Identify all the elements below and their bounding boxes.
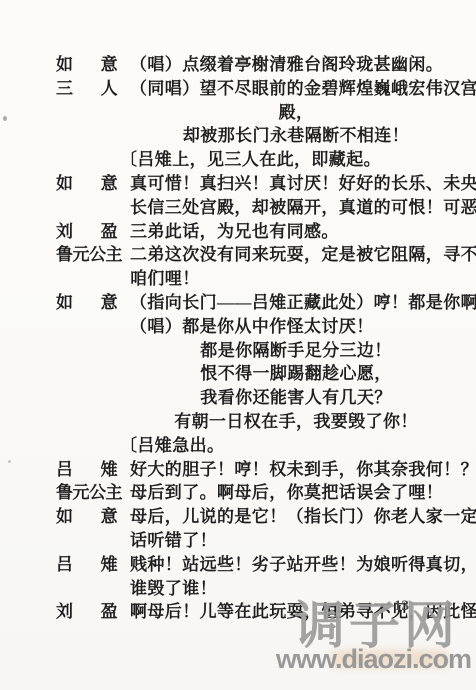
speaker-name: 如意	[56, 50, 130, 75]
speaker-name-char: 刘	[56, 217, 73, 242]
speaker-name-char: 意	[101, 502, 118, 527]
speaker-name-char: 三	[56, 74, 73, 99]
dialogue-text: 我看你还能害人有几天？	[130, 383, 476, 408]
dialogue-text: （同唱）望不尽眼前的金碧辉煌巍峨宏伟汉宫	[130, 74, 476, 99]
dialogue-text: 有朝一日权在手，我要毁了你！	[130, 407, 476, 432]
dialogue-text: 二弟这次没有同来玩耍，定是被它阻隔，寻不着	[130, 240, 476, 265]
speaker-name-char: 吕	[56, 550, 73, 575]
script-lines: 如意（唱）点缀着亭榭清雅台阁玲珑甚幽闲。三人（同唱）望不尽眼前的金碧辉煌巍峨宏伟…	[0, 50, 476, 621]
speaker-name: 如意	[56, 169, 130, 194]
speaker-name: 三人	[56, 74, 130, 99]
script-line: 有朝一日权在手，我要毁了你！	[0, 407, 476, 431]
script-line: 我看你还能害人有几天？	[0, 383, 476, 407]
speaker-name-char: 意	[101, 169, 118, 194]
speaker-name-char: 人	[101, 74, 118, 99]
dialogue-text: 真可惜！真扫兴！真讨厌！好好的长乐、未央、	[130, 169, 476, 194]
script-line: 吕雉贱种！站远些！劣子站开些！为娘听得真切，看	[0, 550, 476, 574]
speaker-name-char: 意	[101, 288, 118, 313]
script-line: 〔吕雉急出。	[0, 431, 476, 455]
scan-speck	[3, 116, 7, 121]
speaker-name: 鲁元公主	[56, 478, 130, 503]
speaker-name-char: 如	[56, 50, 73, 75]
script-line: 刘盈三弟此话，为兄也有同感。	[0, 217, 476, 241]
speaker-name: 刘盈	[56, 597, 130, 622]
dialogue-text: 咱们哩！	[130, 264, 200, 289]
speaker-name-char: 雉	[101, 455, 118, 480]
script-line: 吕雉好大的胆子！哼！权未到手，你其奈我何！？	[0, 455, 476, 479]
script-line: 如意母后，儿说的是它！（指长门）你老人家一定把	[0, 502, 476, 526]
script-line: 如意（唱）点缀着亭榭清雅台阁玲珑甚幽闲。	[0, 50, 476, 74]
speaker-name-char: 如	[56, 502, 73, 527]
speaker-name: 吕雉	[56, 550, 130, 575]
dialogue-text: 贱种！站远些！劣子站开些！为娘听得真切，看	[130, 550, 476, 575]
speaker-name-char: 刘	[56, 597, 73, 622]
dialogue-text: （唱）都是你从中作怪太讨厌！	[130, 312, 374, 337]
speaker-name: 刘盈	[56, 217, 130, 242]
dialogue-text: 都是你隔断手足分三边！	[130, 336, 476, 361]
speaker-name-char: 盈	[101, 597, 118, 622]
speaker-name-char: 雉	[101, 550, 118, 575]
speaker-name-char: 如	[56, 288, 73, 313]
script-line: 恨不得一脚踢翻趁心愿，	[0, 359, 476, 383]
script-line: 都是你隔断手足分三边！	[0, 336, 476, 360]
script-line: 长信三处宫殿，却被隔开，真道的可恨！可恶！	[0, 193, 476, 217]
scan-speck	[8, 460, 11, 463]
speaker-name-char: 意	[101, 50, 118, 75]
script-line: 如意真可惜！真扫兴！真讨厌！好好的长乐、未央、	[0, 169, 476, 193]
dialogue-text: 谁毁了谁！	[130, 574, 217, 599]
dialogue-text: （指向长门——吕雉正藏此处）哼！都是你啊！	[130, 288, 476, 313]
dialogue-text: 话听错了！	[130, 526, 217, 551]
speaker-name-char: 吕	[56, 455, 73, 480]
speaker-name: 吕雉	[56, 455, 130, 480]
speaker-name: 如意	[56, 502, 130, 527]
script-line: 如意（指向长门——吕雉正藏此处）哼！都是你啊！	[0, 288, 476, 312]
watermark-site-url: www.diaozi.com	[276, 644, 471, 675]
speaker-name-char: 如	[56, 169, 73, 194]
dialogue-text: 却被那长门永巷隔断不相连！	[130, 121, 476, 146]
script-line: 话听错了！	[0, 526, 476, 550]
script-line: 鲁元公主二弟这次没有同来玩耍，定是被它阻隔，寻不着	[0, 240, 476, 264]
dialogue-text: 母后，儿说的是它！（指长门）你老人家一定把	[130, 502, 476, 527]
script-page: 如意（唱）点缀着亭榭清雅台阁玲珑甚幽闲。三人（同唱）望不尽眼前的金碧辉煌巍峨宏伟…	[0, 0, 476, 690]
speaker-name-char: 盈	[101, 217, 118, 242]
dialogue-text: 殿，	[130, 98, 476, 123]
script-line: 三人（同唱）望不尽眼前的金碧辉煌巍峨宏伟汉宫	[0, 74, 476, 98]
dialogue-text: 长信三处宫殿，却被隔开，真道的可恨！可恶！	[130, 193, 476, 218]
script-line: 咱们哩！	[0, 264, 476, 288]
script-line: 却被那长门永巷隔断不相连！	[0, 121, 476, 145]
stage-direction: 〔吕雉急出。	[120, 431, 224, 456]
dialogue-text: （唱）点缀着亭榭清雅台阁玲珑甚幽闲。	[130, 50, 443, 75]
speaker-name: 如意	[56, 288, 130, 313]
script-line: 殿，	[0, 98, 476, 122]
stage-direction: 〔吕雉上，见三人在此，即藏起。	[120, 145, 381, 170]
dialogue-text: 好大的胆子！哼！权未到手，你其奈我何！？	[130, 455, 476, 480]
speaker-name: 鲁元公主	[56, 240, 130, 265]
dialogue-text: 母后到了。啊母后，你莫把话误会了哩！	[130, 478, 443, 503]
dialogue-text: 恨不得一脚踢翻趁心愿，	[130, 359, 476, 384]
script-line: 〔吕雉上，见三人在此，即藏起。	[0, 145, 476, 169]
script-line: （唱）都是你从中作怪太讨厌！	[0, 312, 476, 336]
dialogue-text: 三弟此话，为兄也有同感。	[130, 217, 339, 242]
script-line: 鲁元公主母后到了。啊母后，你莫把话误会了哩！	[0, 478, 476, 502]
